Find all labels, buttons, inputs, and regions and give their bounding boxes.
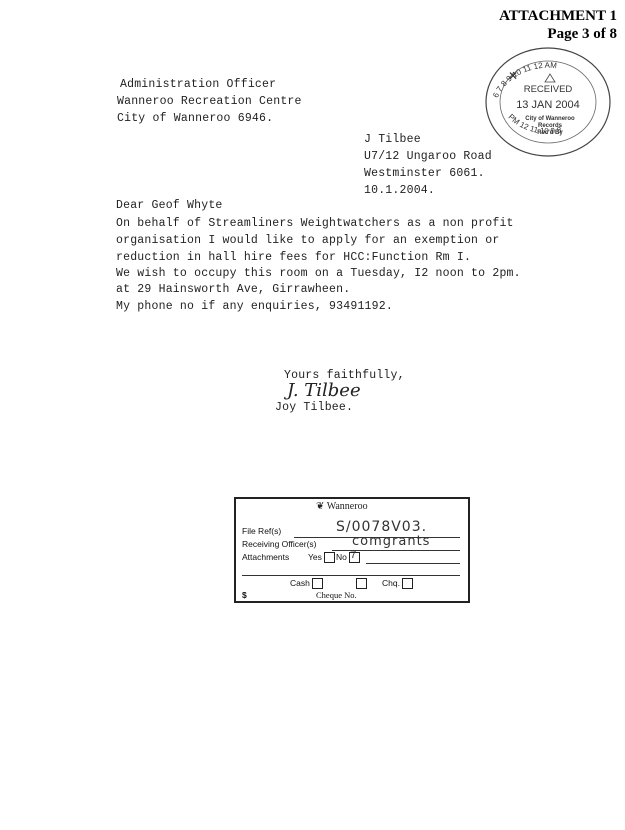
recipient-line-1: Administration Officer <box>120 77 276 93</box>
attachment-label: ATTACHMENT 1 <box>499 8 617 24</box>
chq-checkbox[interactable] <box>402 578 413 589</box>
file-ref-label: File Ref(s) <box>242 526 281 536</box>
leaf-icon: ❦ <box>316 501 324 512</box>
svg-text:City of Wanneroo: City of Wanneroo <box>525 116 575 122</box>
records-form: ❦ Wanneroo File Ref(s) S/0078V03. Receiv… <box>234 497 470 603</box>
body-line: We wish to occupy this room on a Tuesday… <box>116 266 521 282</box>
check-mark-icon: 7 <box>350 549 356 561</box>
stamp-ring-icon: 6 7 8 9 10 11 12 AM PM 12 11 10 9 8 ✕ RE… <box>478 44 618 159</box>
svg-text:✕: ✕ <box>508 69 518 83</box>
logo-text: Wanneroo <box>327 501 368 512</box>
signature: J. Tilbee <box>287 380 361 401</box>
body-line: My phone no if any enquiries, 93491192. <box>116 299 393 315</box>
sender-name: J Tilbee <box>364 132 421 148</box>
recipient-line-2: Wanneroo Recreation Centre <box>117 94 302 110</box>
receiving-officer-value: comgrants <box>352 534 430 549</box>
recipient-line-3: City of Wanneroo 6946. <box>117 111 273 127</box>
body-line: reduction in hall hire fees for HCC:Func… <box>116 250 471 266</box>
chq-label: Chq. <box>382 578 400 588</box>
wanneroo-logo: ❦ Wanneroo <box>316 501 368 512</box>
no-checkbox[interactable]: 7 <box>349 552 360 563</box>
receiving-officer-label: Receiving Officer(s) <box>242 539 316 549</box>
yes-label: Yes <box>308 552 322 562</box>
dollar-label: $ <box>242 590 247 600</box>
blank-rule <box>242 575 460 576</box>
attachments-yes: Yes <box>308 552 335 563</box>
svg-text:Rec'd By: Rec'd By <box>537 130 563 136</box>
sender-address-2: Westminster 6061. <box>364 166 485 182</box>
cheque-option: Chq. <box>382 578 413 589</box>
cash-label: Cash <box>290 578 310 588</box>
body-line: On behalf of Streamliners Weightwatchers… <box>116 216 514 232</box>
letter-date: 10.1.2004. <box>364 183 435 199</box>
file-ref-value: S/0078V03. <box>336 519 427 535</box>
body-line: organisation I would like to apply for a… <box>116 233 499 249</box>
attachments-label: Attachments <box>242 552 289 562</box>
salutation: Dear Geof Whyte <box>116 198 223 214</box>
sender-address-1: U7/12 Ungaroo Road <box>364 149 492 165</box>
cash-checkbox[interactable] <box>312 578 323 589</box>
attachments-rule <box>366 563 460 564</box>
printed-name: Joy Tilbee. <box>275 400 353 416</box>
cash-option: Cash <box>290 578 367 589</box>
svg-text:RECEIVED: RECEIVED <box>524 84 573 95</box>
yes-checkbox[interactable] <box>324 552 335 563</box>
body-line: at 29 Hainsworth Ave, Girrawheen. <box>116 282 350 298</box>
page-indicator: Page 3 of 8 <box>547 26 617 42</box>
received-stamp: 6 7 8 9 10 11 12 AM PM 12 11 10 9 8 ✕ RE… <box>478 44 618 159</box>
other-payment-checkbox[interactable] <box>356 578 367 589</box>
attachments-no: No 7 <box>336 552 360 563</box>
no-label: No <box>336 552 347 562</box>
cheque-no-label: Cheque No. <box>316 590 357 600</box>
svg-text:13 JAN 2004: 13 JAN 2004 <box>516 99 580 111</box>
svg-text:Records: Records <box>538 123 563 129</box>
